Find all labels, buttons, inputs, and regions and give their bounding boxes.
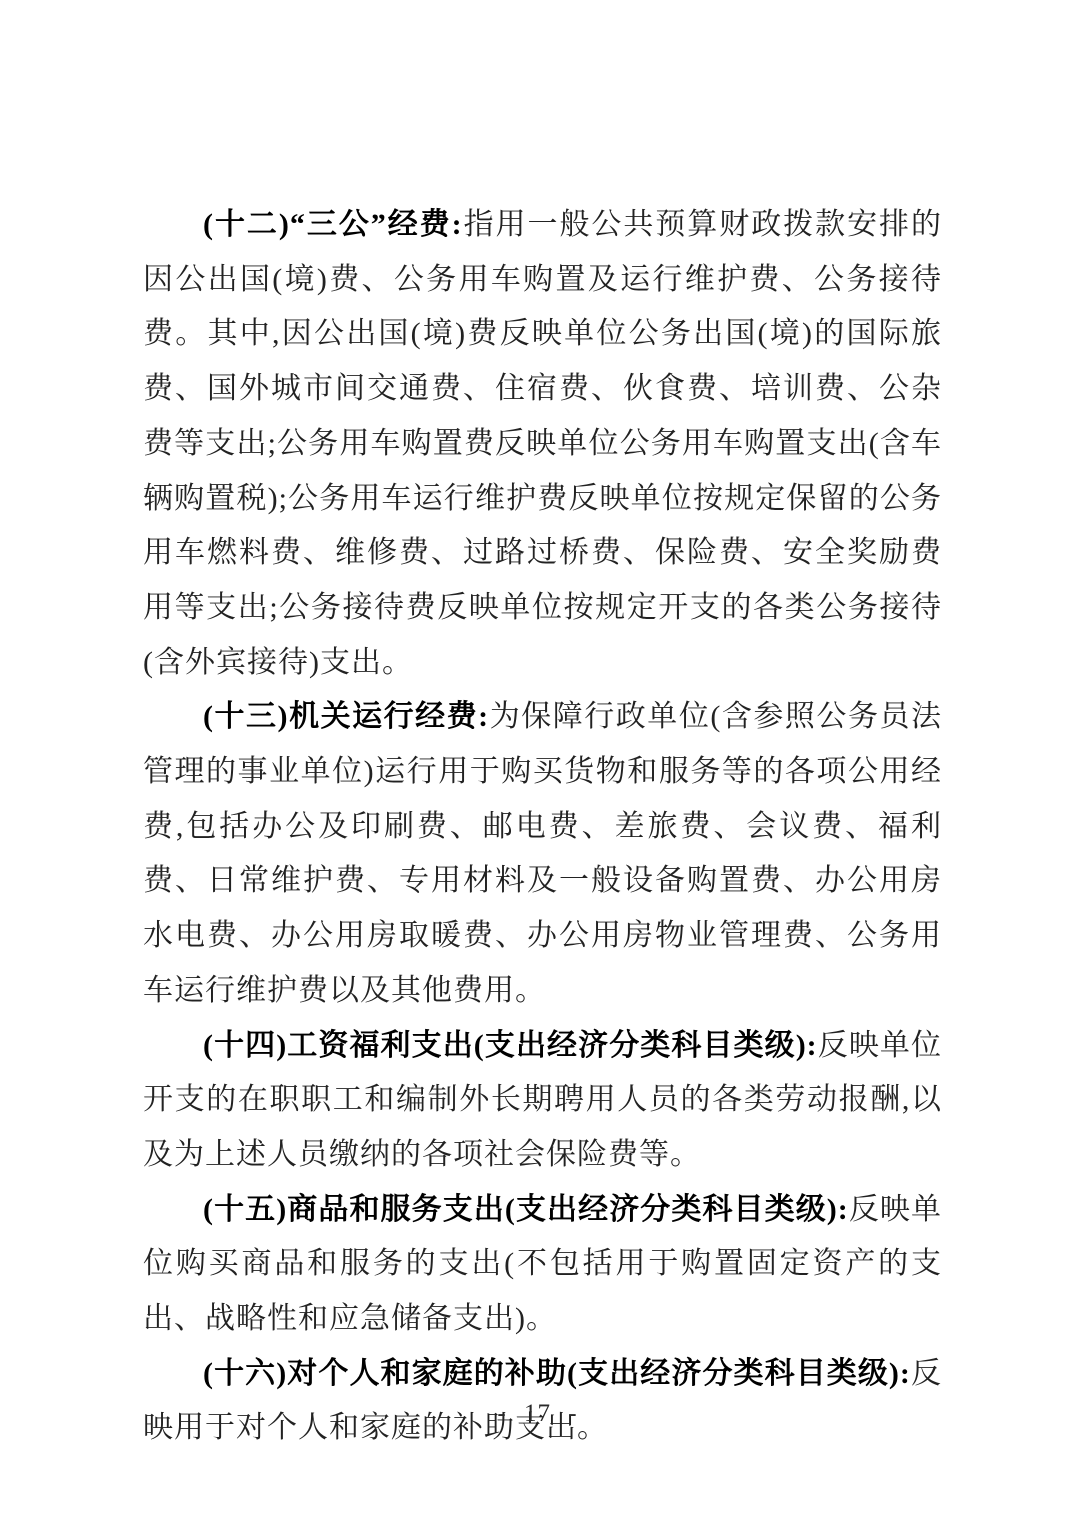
paragraph-body: 为保障行政单位(含参照公务员法管理的事业单位)运行用于购买货物和服务等的各项公用… — [143, 700, 942, 1007]
page-number: - 17 - — [0, 1400, 1075, 1428]
paragraph-heading: (十四)工资福利支出(支出经济分类科目类级): — [203, 1029, 818, 1062]
paragraph-heading: (十三)机关运行经费: — [203, 700, 489, 733]
paragraph: (十四)工资福利支出(支出经济分类科目类级):反映单位开支的在职职工和编制外长期… — [143, 1019, 942, 1183]
paragraph-body: 指用一般公共预算财政拨款安排的因公出国(境)费、公务用车购置及运行维护费、公务接… — [143, 208, 942, 679]
paragraph-heading: (十六)对个人和家庭的补助(支出经济分类科目类级): — [203, 1357, 911, 1390]
paragraph: (十三)机关运行经费:为保障行政单位(含参照公务员法管理的事业单位)运行用于购买… — [143, 690, 942, 1018]
document-page: (十二)“三公”经费:指用一般公共预算财政拨款安排的因公出国(境)费、公务用车购… — [143, 198, 942, 1456]
paragraph: (十五)商品和服务支出(支出经济分类科目类级):反映单位购买商品和服务的支出(不… — [143, 1183, 942, 1347]
paragraph-heading: (十二)“三公”经费: — [203, 208, 463, 241]
paragraph-heading: (十五)商品和服务支出(支出经济分类科目类级): — [203, 1193, 849, 1226]
paragraph: (十二)“三公”经费:指用一般公共预算财政拨款安排的因公出国(境)费、公务用车购… — [143, 198, 942, 690]
